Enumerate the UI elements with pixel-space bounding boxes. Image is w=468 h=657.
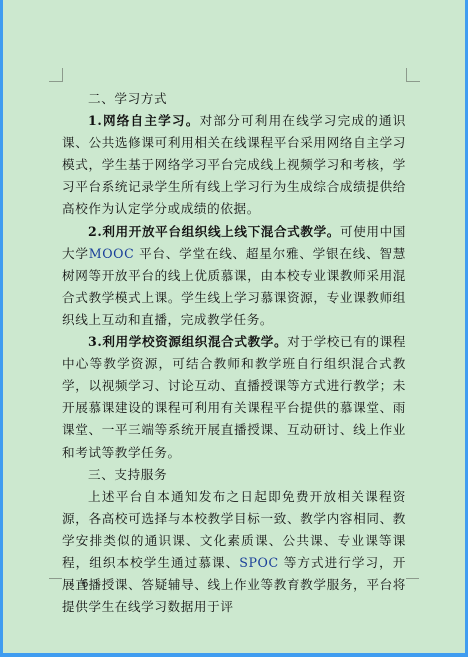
paragraph-support-details: 上述平台自本通知发布之日起即免费开放相关课程资源，各高校可选择与本校教学目标一致… <box>62 486 406 619</box>
latin-term: SPOC <box>239 555 278 570</box>
section-heading-support-services: 三、支持服务 <box>62 464 406 486</box>
paragraph-online-self-study: 1.网络自主学习。对部分可利用在线学习完成的通识课、公共选修课可利用相关在线课程… <box>62 110 406 220</box>
paragraph-school-resources-blended: 3.利用学校资源组织混合式教学。对于学校已有的课程中心等教学资源，可结合教师和教… <box>62 331 406 464</box>
document-body: 二、学习方式 1.网络自主学习。对部分可利用在线学习完成的通识课、公共选修课可利… <box>62 88 406 618</box>
latin-term: MOOC <box>89 246 135 261</box>
paragraph-lead: 3.利用学校资源组织混合式教学。 <box>88 334 287 349</box>
page-number: - 6 - <box>70 577 102 590</box>
paragraph-text: 对于学校已有的课程中心等教学资源，可结合教师和教学班自行组织混合式教学，以视频学… <box>62 334 406 459</box>
paragraph-lead: 1.网络自主学习。 <box>88 113 200 128</box>
top-right-margin-mark <box>406 68 420 82</box>
section-heading-learning-methods: 二、学习方式 <box>62 88 406 110</box>
bottom-right-margin-mark <box>406 578 419 579</box>
paragraph-text: 对部分可利用在线学习完成的通识课、公共选修课可利用相关在线课程平台采用网络自主学… <box>62 113 406 216</box>
bottom-left-margin-mark <box>49 578 62 579</box>
paragraph-lead: 2.利用开放平台组织线上线下混合式教学。 <box>88 224 340 239</box>
paragraph-open-platform-blended: 2.利用开放平台组织线上线下混合式教学。可使用中国大学MOOC 平台、学堂在线、… <box>62 221 406 331</box>
top-left-margin-mark <box>49 68 63 82</box>
